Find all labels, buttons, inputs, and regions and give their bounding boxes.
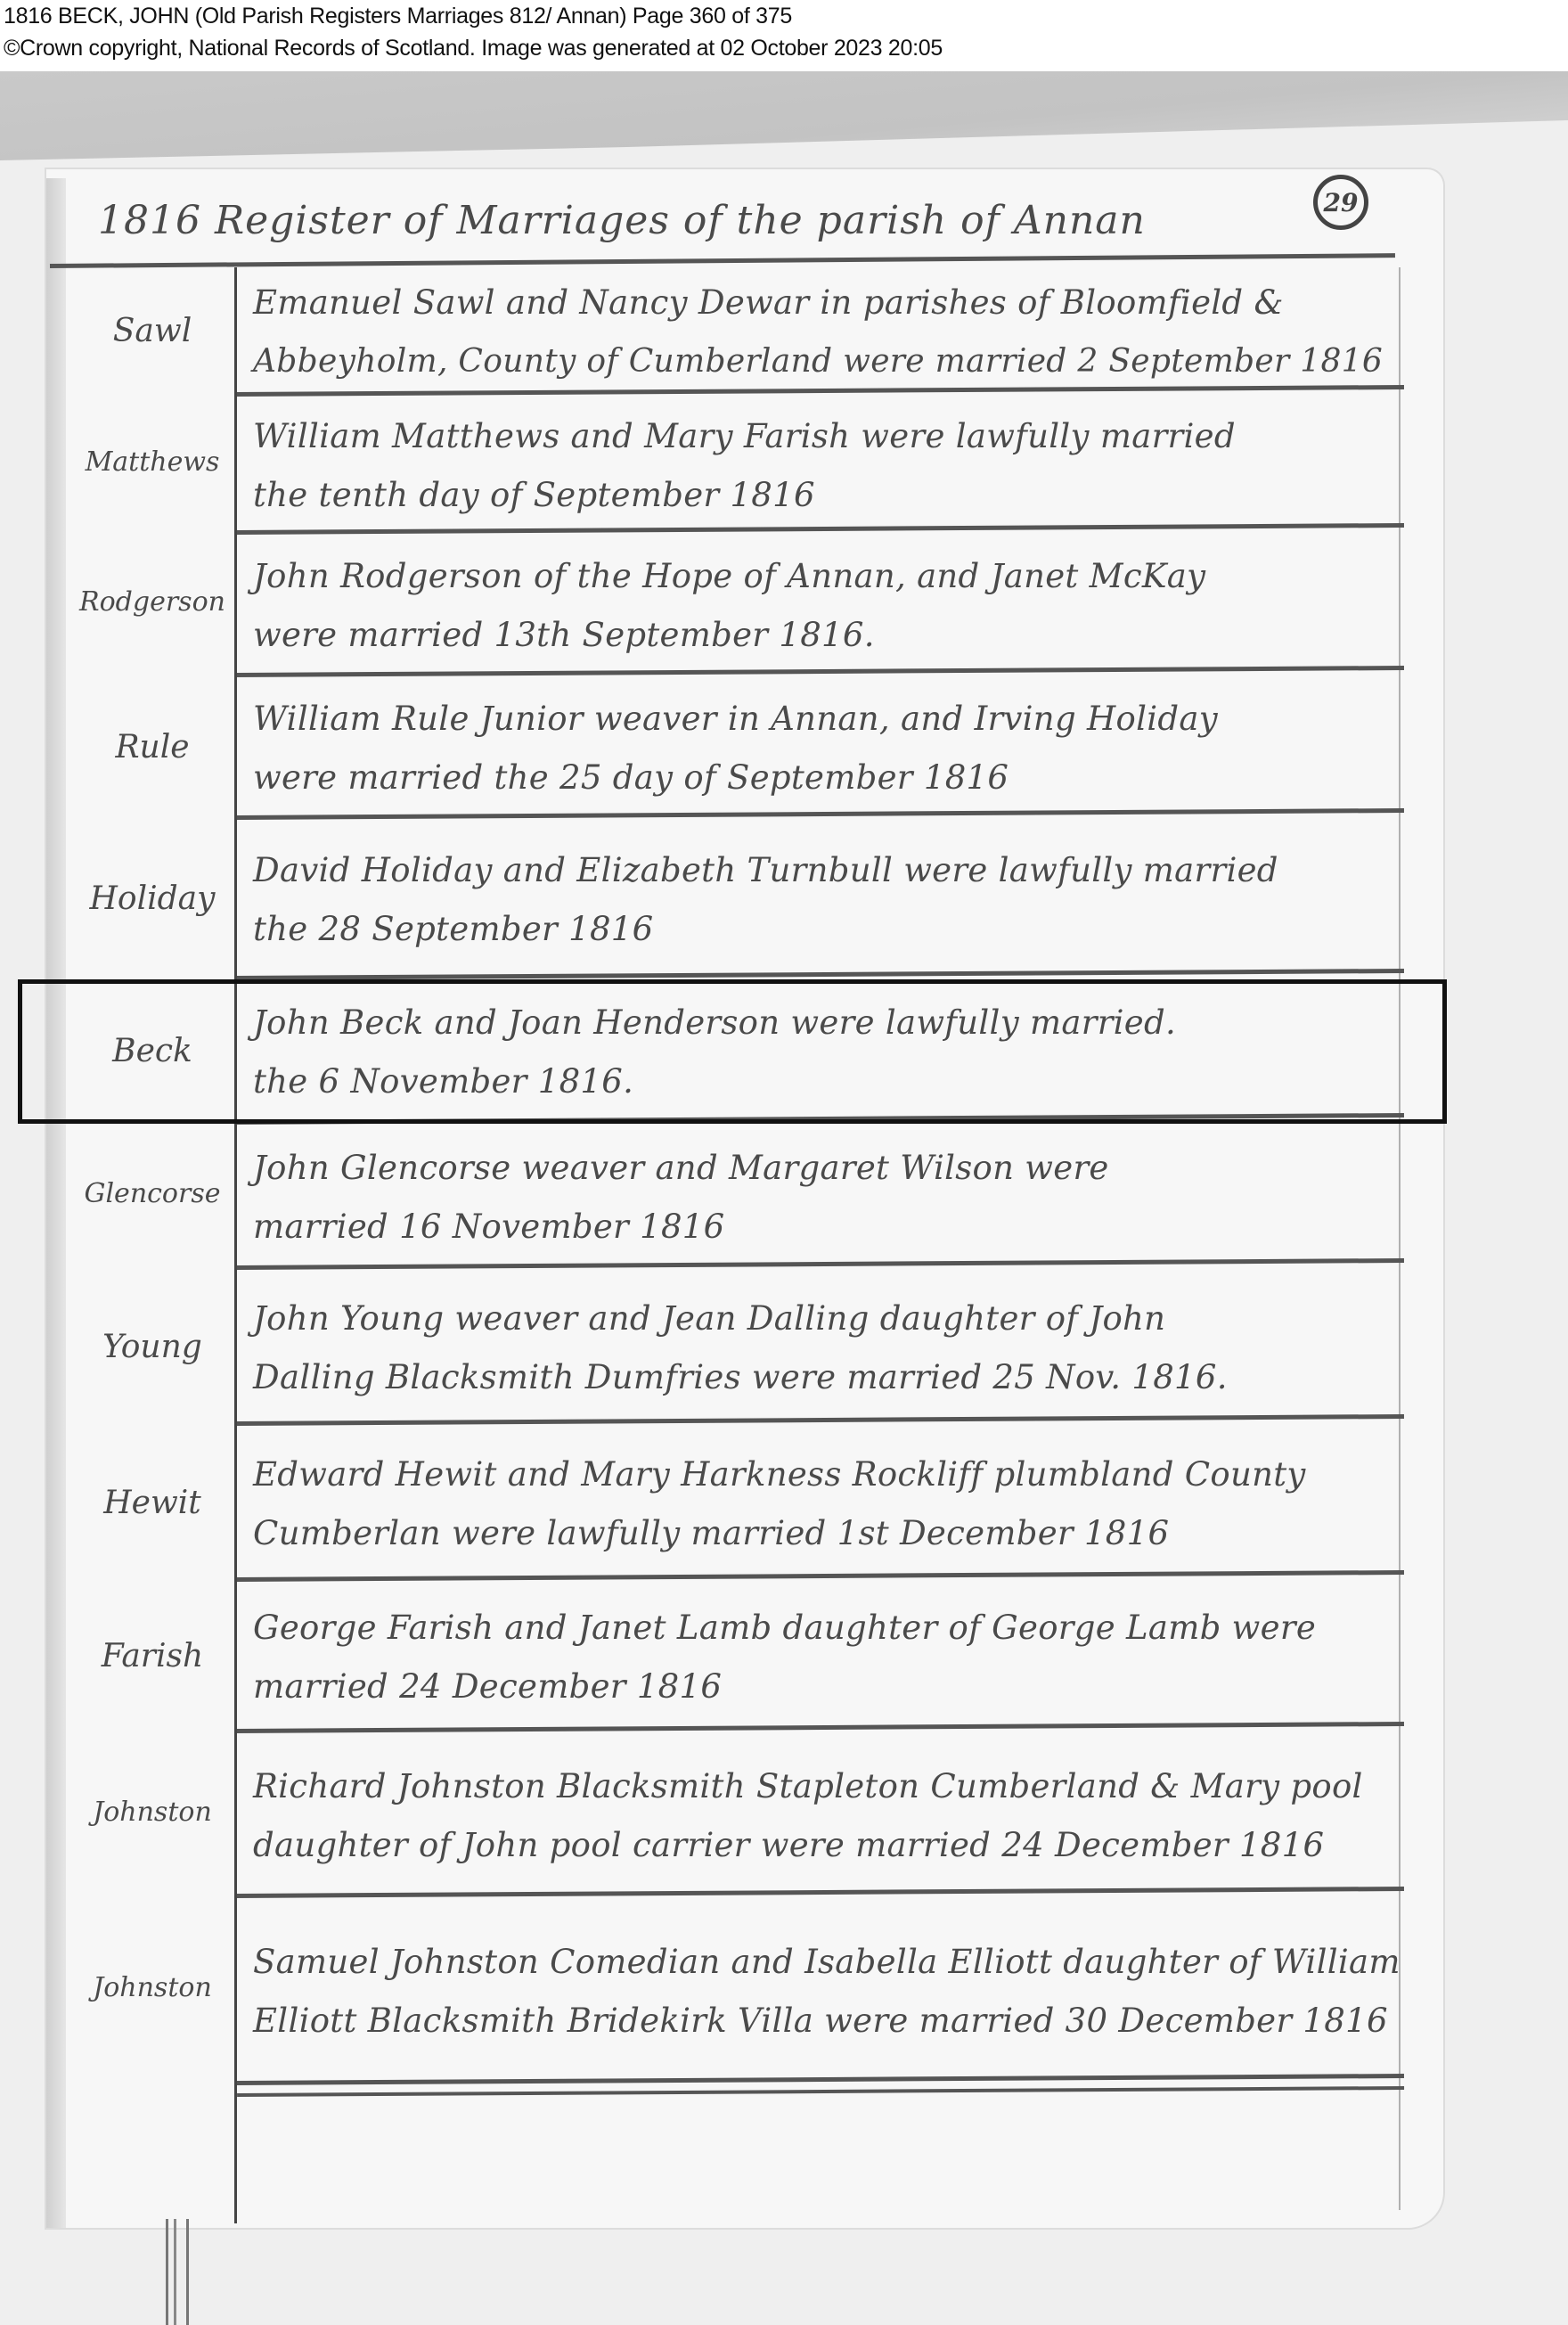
entry-surname: Johnston — [68, 1797, 237, 1828]
highlighted-entry-box — [18, 979, 1447, 1124]
entry-text: George Farish and Janet Lamb daughter of… — [253, 1599, 1402, 1716]
entry-text: William Matthews and Mary Farish were la… — [253, 407, 1402, 525]
entry-separator-rule — [237, 1414, 1404, 1426]
entry-separator-rule — [237, 2074, 1404, 2085]
entry-text-line: William Matthews and Mary Farish were la… — [253, 407, 1402, 466]
entry-text-line: David Holiday and Elizabeth Turnbull wer… — [253, 841, 1402, 900]
marriage-entry: JohnstonRichard Johnston Blacksmith Stap… — [50, 1733, 1404, 1898]
marriage-entry: RodgersonJohn Rodgerson of the Hope of A… — [50, 535, 1404, 677]
entry-surname: Sawl — [68, 313, 237, 349]
entry-text-line: Dalling Blacksmith Dumfries were married… — [253, 1348, 1402, 1407]
bookmark-ribbon — [166, 2219, 189, 2325]
marriage-entry: GlencorseJohn Glencorse weaver and Marga… — [50, 1125, 1404, 1270]
entry-separator-rule — [237, 1570, 1404, 1582]
page-number: 29 — [1313, 175, 1368, 230]
entry-text: Emanuel Sawl and Nancy Dewar in parishes… — [253, 274, 1402, 391]
entry-text-line: Abbeyholm, County of Cumberland were mar… — [253, 332, 1402, 391]
entry-separator-rule — [237, 666, 1404, 677]
entry-surname: Farish — [68, 1638, 237, 1674]
entry-text-line: Samuel Johnston Comedian and Isabella El… — [253, 1933, 1402, 1992]
entry-text-line: married 24 December 1816 — [253, 1658, 1402, 1716]
entry-text-line: married 16 November 1816 — [253, 1198, 1402, 1257]
entry-surname: Hewit — [68, 1485, 237, 1521]
marriage-entry: MatthewsWilliam Matthews and Mary Farish… — [50, 397, 1404, 535]
entry-text-line: Cumberlan were lawfully married 1st Dece… — [253, 1504, 1402, 1563]
record-reference: 1816 BECK, JOHN (Old Parish Registers Ma… — [4, 4, 792, 29]
entry-text-line: the tenth day of September 1816 — [253, 466, 1402, 525]
entry-text: William Rule Junior weaver in Annan, and… — [253, 690, 1402, 807]
entry-text-line: Edward Hewit and Mary Harkness Rockliff … — [253, 1445, 1402, 1504]
copyright-notice: ©Crown copyright, National Records of Sc… — [4, 36, 943, 61]
entry-text: John Rodgerson of the Hope of Annan, and… — [253, 547, 1402, 665]
entry-text-line: John Glencorse weaver and Margaret Wilso… — [253, 1139, 1402, 1198]
marriage-entry: HewitEdward Hewit and Mary Harkness Rock… — [50, 1426, 1404, 1582]
entry-text-line: William Rule Junior weaver in Annan, and… — [253, 690, 1402, 749]
entry-text: Edward Hewit and Mary Harkness Rockliff … — [253, 1445, 1402, 1563]
entry-separator-rule — [237, 1722, 1404, 1733]
entry-text-line: daughter of John pool carrier were marri… — [253, 1816, 1402, 1875]
marriage-entry: HolidayDavid Holiday and Elizabeth Turnb… — [50, 820, 1404, 980]
entry-text: Samuel Johnston Comedian and Isabella El… — [253, 1933, 1402, 2051]
entry-surname: Johnston — [68, 1972, 237, 2003]
marriage-entry: RuleWilliam Rule Junior weaver in Annan,… — [50, 677, 1404, 820]
entry-text-line: John Young weaver and Jean Dalling daugh… — [253, 1289, 1402, 1348]
marriage-entry: SawlEmanuel Sawl and Nancy Dewar in pari… — [50, 267, 1404, 397]
entry-text-line: Emanuel Sawl and Nancy Dewar in parishes… — [253, 274, 1402, 332]
entry-surname: Rodgerson — [68, 586, 237, 618]
marriage-entry: YoungJohn Young weaver and Jean Dalling … — [50, 1270, 1404, 1426]
entry-surname: Glencorse — [68, 1178, 237, 1209]
entry-text: John Glencorse weaver and Margaret Wilso… — [253, 1139, 1402, 1257]
entry-separator-rule — [237, 523, 1404, 535]
entry-text-line: were married the 25 day of September 181… — [253, 749, 1402, 807]
marriage-entry: FarishGeorge Farish and Janet Lamb daugh… — [50, 1582, 1404, 1733]
entry-text: David Holiday and Elizabeth Turnbull wer… — [253, 841, 1402, 959]
entry-text-line: Richard Johnston Blacksmith Stapleton Cu… — [253, 1757, 1402, 1816]
entry-text-line: George Farish and Janet Lamb daughter of… — [253, 1599, 1402, 1658]
register-title: 1816 Register of Marriages of the parish… — [98, 198, 1146, 243]
marriage-entry: JohnstonSamuel Johnston Comedian and Isa… — [50, 1898, 1404, 2085]
entry-text: John Young weaver and Jean Dalling daugh… — [253, 1289, 1402, 1407]
entry-text-line: John Rodgerson of the Hope of Annan, and… — [253, 547, 1402, 606]
entry-separator-rule — [237, 808, 1404, 820]
entry-text: Richard Johnston Blacksmith Stapleton Cu… — [253, 1757, 1402, 1875]
entry-surname: Young — [68, 1329, 237, 1365]
image-caption: 1816 BECK, JOHN (Old Parish Registers Ma… — [0, 0, 1568, 71]
entry-text-line: Elliott Blacksmith Bridekirk Villa were … — [253, 1992, 1402, 2051]
entry-surname: Matthews — [68, 446, 237, 478]
entry-separator-rule — [237, 1887, 1404, 1898]
entry-surname: Holiday — [68, 880, 237, 917]
entry-text-line: the 28 September 1816 — [253, 900, 1402, 959]
entry-text-line: were married 13th September 1816. — [253, 606, 1402, 665]
entry-surname: Rule — [68, 729, 237, 765]
entry-separator-rule — [237, 1258, 1404, 1270]
